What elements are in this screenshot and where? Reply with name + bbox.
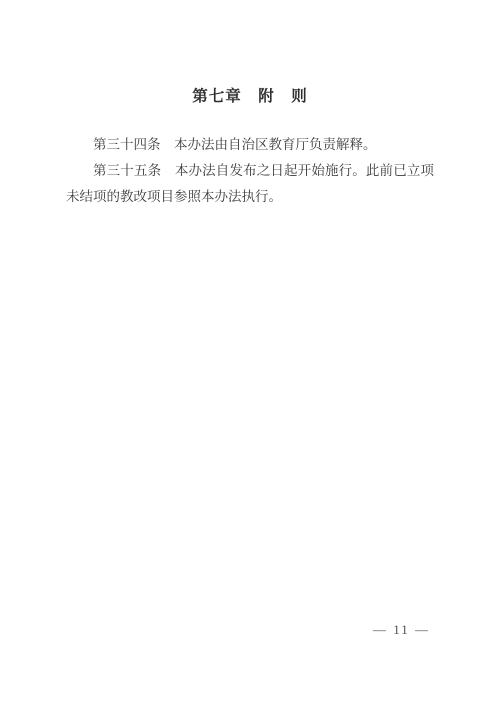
paragraph-article-35: 第三十五条 本办法自发布之日起开始施行。此前已立项未结项的教改项目参照本办法执行…	[66, 158, 434, 210]
page-number: — 11 —	[373, 622, 430, 638]
document-page: 第七章 附 则 第三十四条 本办法由自治区教育厅负责解释。 第三十五条 本办法自…	[0, 0, 500, 707]
paragraph-article-34: 第三十四条 本办法由自治区教育厅负责解释。	[66, 132, 434, 158]
chapter-heading: 第七章 附 则	[0, 84, 500, 106]
document-body: 第三十四条 本办法由自治区教育厅负责解释。 第三十五条 本办法自发布之日起开始施…	[66, 132, 434, 210]
